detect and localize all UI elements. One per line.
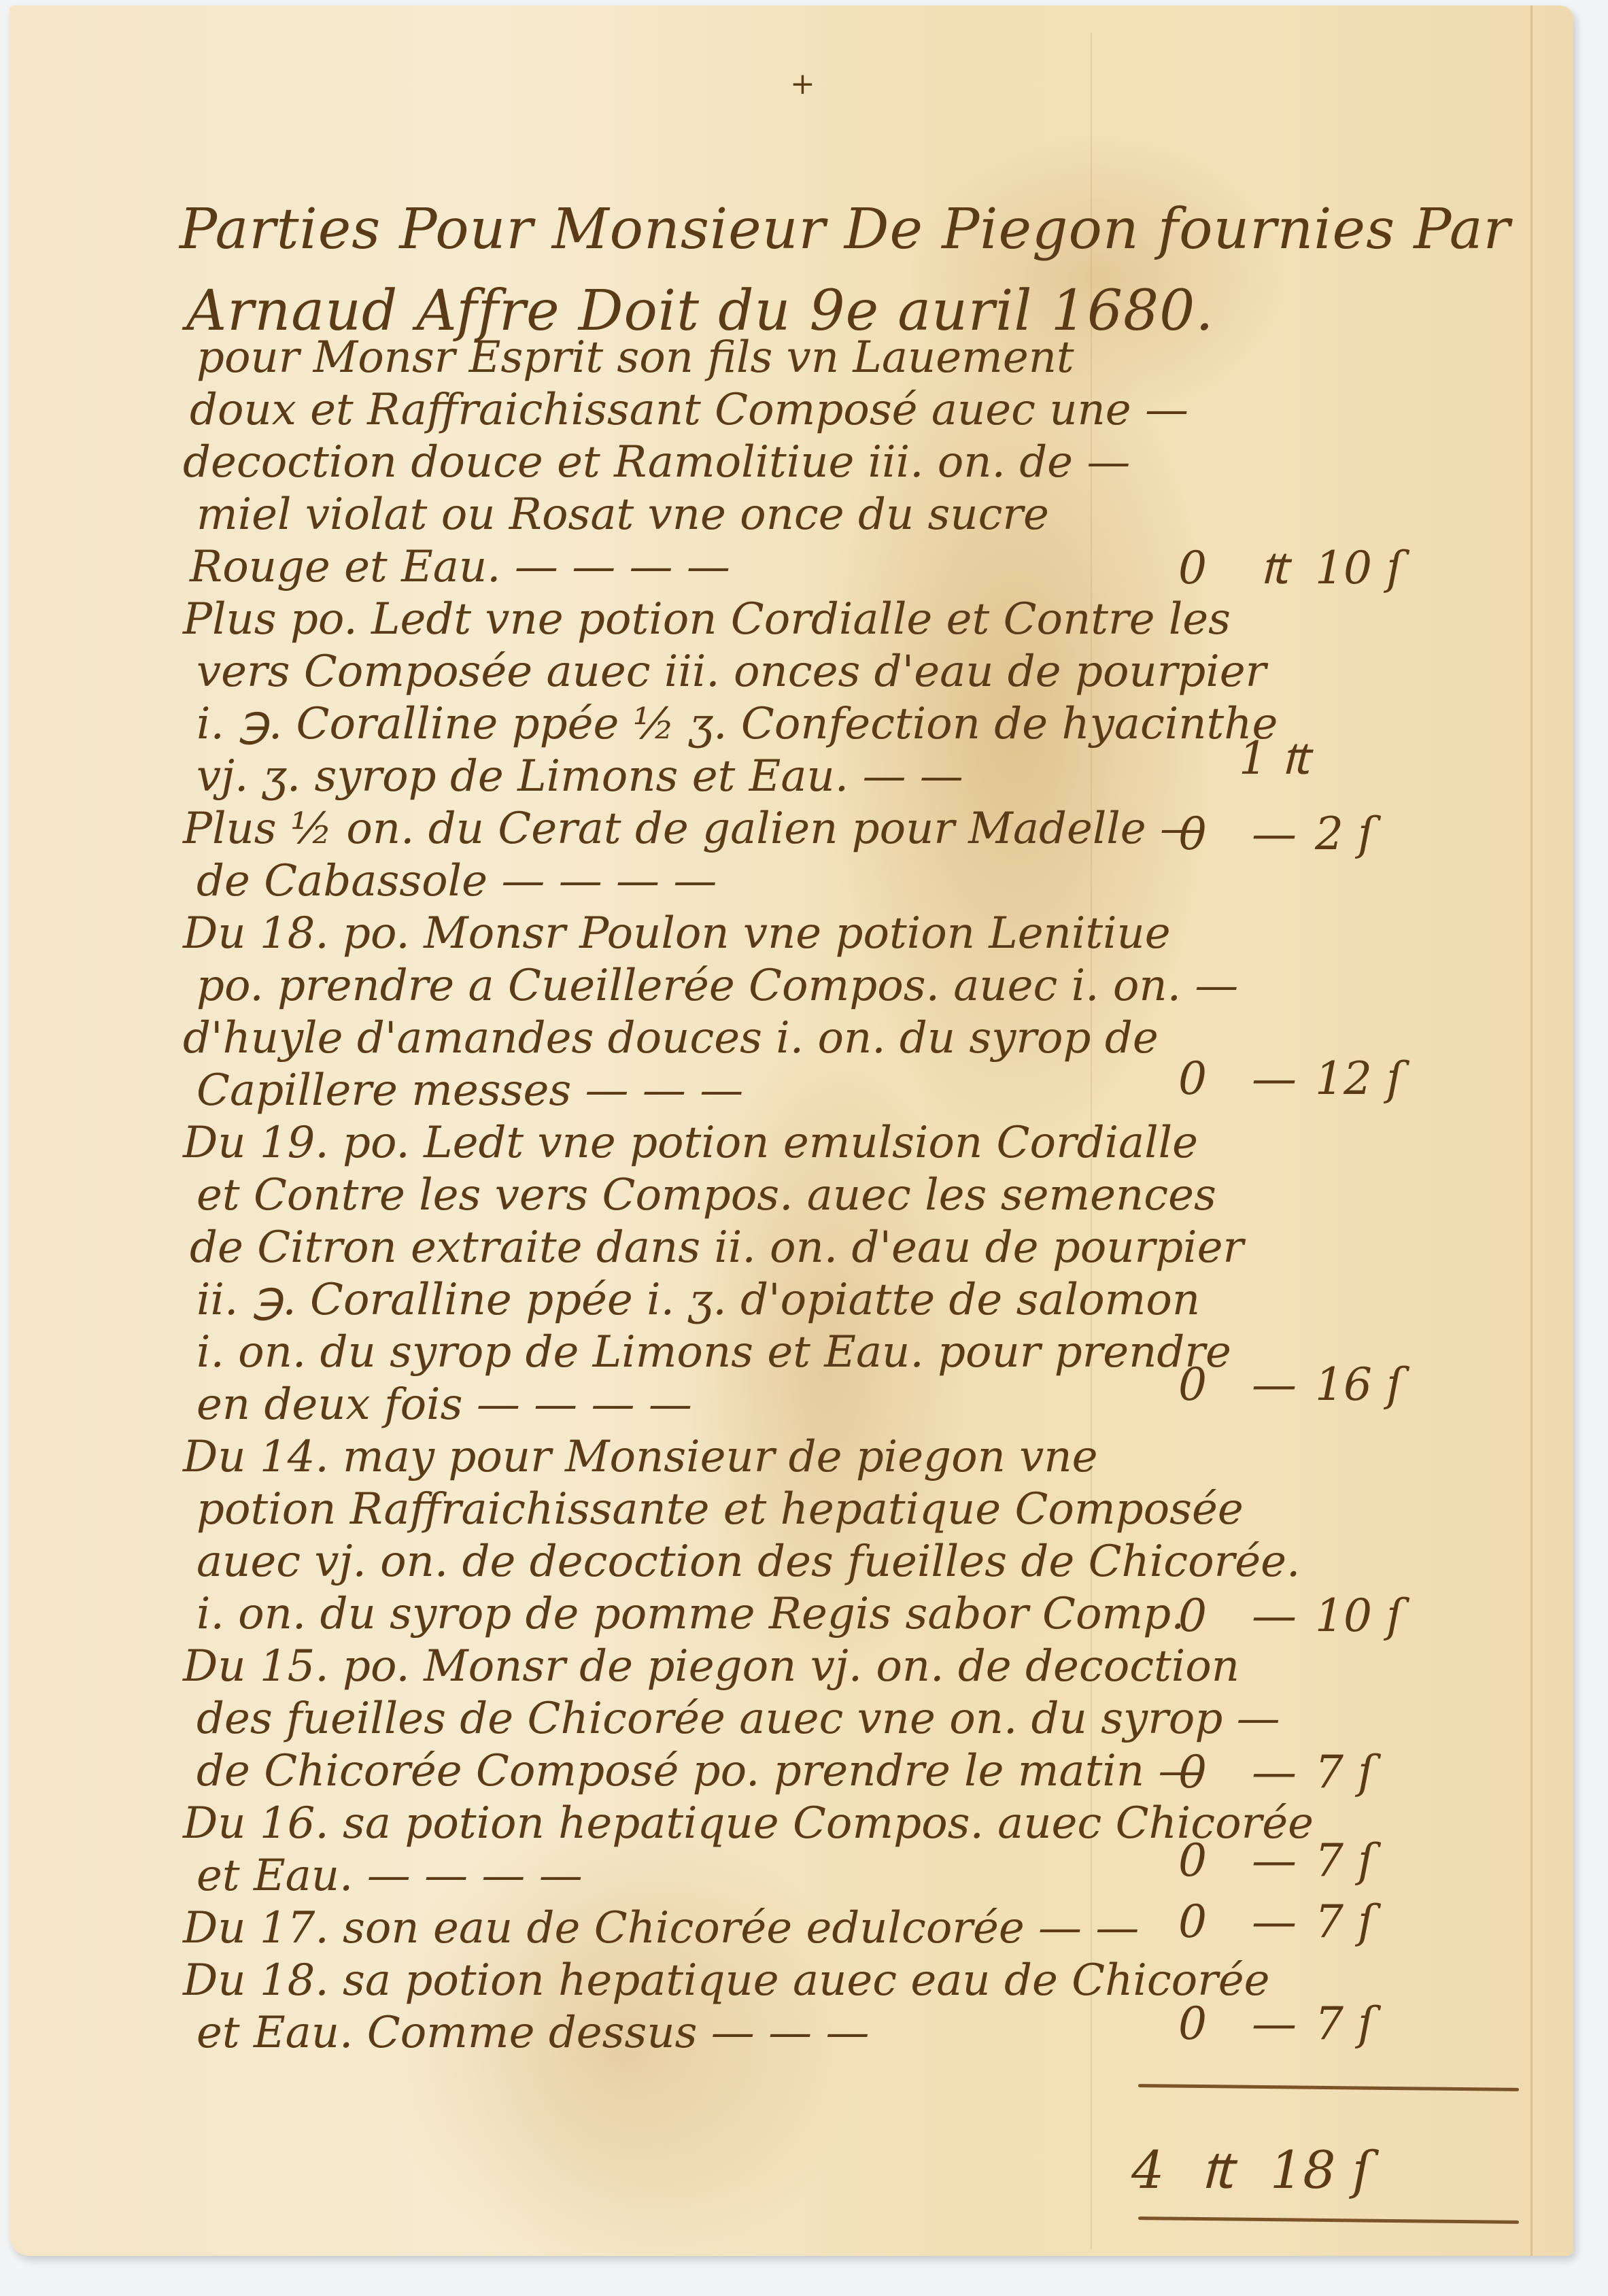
- amount-livres: 0: [1152, 542, 1233, 594]
- dash-separator: —: [1233, 808, 1315, 860]
- amount-row: 1 ₶: [1152, 726, 1505, 787]
- livre-sign-icon: ₶: [1201, 2140, 1233, 2200]
- manuscript-page: + Parties Pour Monsieur De Piegon fourni…: [10, 5, 1573, 2256]
- entry-line: vers Composée auec iii. onces d'eau de p…: [183, 646, 1176, 698]
- dash-separator: —: [1233, 1590, 1315, 1642]
- amount-sols: 10 ſ: [1315, 542, 1451, 594]
- entry-line: de Chicorée Composé po. prendre le matin…: [183, 1745, 1176, 1798]
- entry-line: Capillere messes — — —: [183, 1065, 1176, 1117]
- account-entries: pour Monsr Esprit son fils vn Lauement d…: [183, 332, 1176, 2059]
- entry-line: vj. ʒ. syrop de Limons et Eau. — —: [183, 751, 1176, 803]
- entry-line: Du 19. po. Ledt vne potion emulsion Cord…: [183, 1117, 1176, 1169]
- total-livres: 4: [1131, 2140, 1164, 2200]
- dash-separator: —: [1233, 1052, 1315, 1105]
- entry-line: Du 18. sa potion hepatique auec eau de C…: [183, 1955, 1176, 2007]
- entry-line: Du 15. po. Monsr de piegon vj. on. de de…: [183, 1641, 1176, 1693]
- entry-line: miel violat ou Rosat vne once du sucre: [183, 489, 1176, 541]
- amount-sols: 7 ſ: [1315, 1834, 1451, 1887]
- entry-line: auec vj. on. de decoction des fueilles d…: [183, 1536, 1176, 1588]
- amount-livres: 0: [1152, 1746, 1233, 1798]
- sum-rule-top: [1138, 2084, 1519, 2091]
- amount-livres: 0: [1152, 1052, 1233, 1105]
- amount-livres: 0: [1152, 1896, 1233, 1948]
- amount-livres: 0: [1152, 808, 1233, 860]
- entry-line: et Eau. Comme dessus — — —: [183, 2007, 1176, 2059]
- amount-row: 0—2 ſ: [1152, 808, 1505, 860]
- amount-sols: 7 ſ: [1315, 1998, 1451, 2050]
- entry-line: Du 14. may pour Monsieur de piegon vne: [183, 1431, 1176, 1484]
- amount-livres: 0: [1152, 1998, 1233, 2050]
- entry-line: de Citron extraite dans ii. on. d'eau de…: [183, 1222, 1176, 1274]
- entry-line: Du 17. son eau de Chicorée edulcorée — —: [183, 1902, 1176, 1955]
- entry-line: doux et Raffraichissant Composé auec une…: [183, 384, 1176, 436]
- entry-line: decoction douce et Ramolitiue iii. on. d…: [183, 436, 1176, 489]
- amount-sols: 12 ſ: [1315, 1052, 1451, 1105]
- entry-line: Plus po. Ledt vne potion Cordialle et Co…: [183, 594, 1176, 646]
- entry-line: i. ℈. Coralline ppée ½ ʒ. Confection de …: [183, 698, 1176, 751]
- entry-line: Plus ½ on. du Cerat de galien pour Madel…: [183, 803, 1176, 855]
- amount-row: 0—7 ſ: [1152, 1998, 1505, 2050]
- dash-separator: —: [1233, 1746, 1315, 1798]
- amount-row: 0—12 ſ: [1152, 1052, 1505, 1105]
- entry-line: et Contre les vers Compos. auec les seme…: [183, 1169, 1176, 1222]
- amount-sols: 7 ſ: [1315, 1896, 1451, 1948]
- entry-line: des fueilles de Chicorée auec vne on. du…: [183, 1693, 1176, 1745]
- amount-row: 0—16 ſ: [1152, 1358, 1505, 1411]
- document-heading: Parties Pour Monsieur De Piegon fournies…: [179, 189, 1511, 352]
- entry-line: i. on. du syrop de pomme Regis sabor Com…: [183, 1588, 1176, 1641]
- dash-separator: —: [1233, 1358, 1315, 1411]
- paper-edge-fold: [1530, 5, 1533, 2256]
- entry-line: ii. ℈. Coralline ppée i. ʒ. d'opiatte de…: [183, 1274, 1176, 1326]
- entry-line: potion Raffraichissante et hepatique Com…: [183, 1484, 1176, 1536]
- entry-line: et Eau. — — — —: [183, 1850, 1176, 1902]
- amount-livres: 0: [1152, 1358, 1233, 1411]
- sum-rule-bottom: [1138, 2216, 1519, 2224]
- amount-sols: 7 ſ: [1315, 1746, 1451, 1798]
- heading-line: Parties Pour Monsieur De Piegon fournies…: [179, 189, 1511, 271]
- dash-separator: —: [1233, 1834, 1315, 1887]
- amount-sols: 16 ſ: [1315, 1358, 1451, 1411]
- amount-livres: 0: [1152, 1834, 1233, 1887]
- amount-row: 0—7 ſ: [1152, 1896, 1505, 1948]
- total-sols: 18 ſ: [1270, 2140, 1371, 2200]
- livre-sign-icon: ₶: [1233, 536, 1315, 597]
- entry-line: Du 18. po. Monsr Poulon vne potion Lenit…: [183, 908, 1176, 960]
- entry-line: Rouge et Eau. — — — —: [183, 541, 1176, 594]
- amount-row: 0—7 ſ: [1152, 1834, 1505, 1887]
- amount-row: 0—10 ſ: [1152, 1590, 1505, 1642]
- amount-livres: 0: [1152, 1590, 1233, 1642]
- amount-sols: 10 ſ: [1315, 1590, 1451, 1642]
- folio-mark: +: [790, 67, 815, 101]
- entry-line: en deux fois — — — —: [183, 1379, 1176, 1431]
- amount-row: 0—7 ſ: [1152, 1746, 1505, 1798]
- entry-line: d'huyle d'amandes douces i. on. du syrop…: [183, 1012, 1176, 1065]
- livre-sign-icon: 1 ₶: [1233, 726, 1315, 787]
- entry-line: Du 16. sa potion hepatique Compos. auec …: [183, 1798, 1176, 1850]
- amount-row: 0₶10 ſ: [1152, 536, 1505, 597]
- amount-sols: 2 ſ: [1315, 808, 1451, 860]
- entry-line: de Cabassole — — — —: [183, 855, 1176, 908]
- entry-line: pour Monsr Esprit son fils vn Lauement: [183, 332, 1176, 384]
- dash-separator: —: [1233, 1998, 1315, 2050]
- dash-separator: —: [1233, 1896, 1315, 1948]
- entry-line: i. on. du syrop de Limons et Eau. pour p…: [183, 1326, 1176, 1379]
- entry-line: po. prendre a Cueillerée Compos. auec i.…: [183, 960, 1176, 1012]
- grand-total: 4 ₶ 18 ſ: [1131, 2134, 1371, 2204]
